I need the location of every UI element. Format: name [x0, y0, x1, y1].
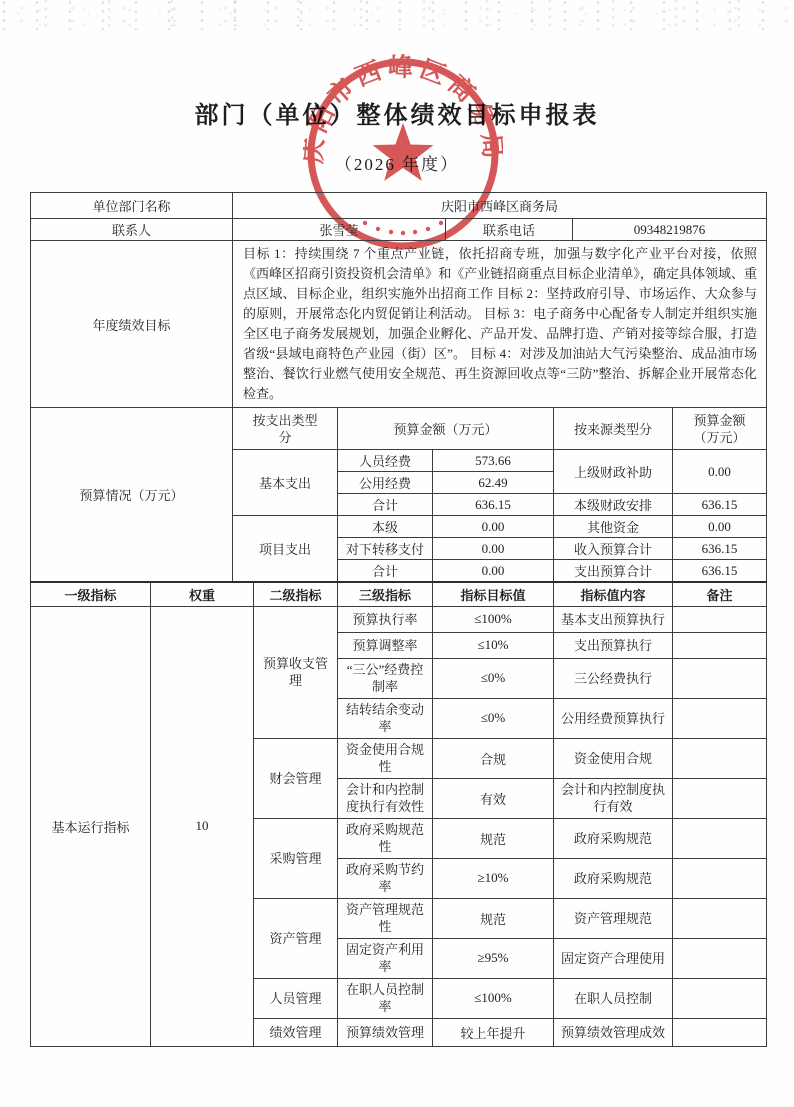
indicators-table: 一级指标 权重 二级指标 三级指标 指标目标值 指标值内容 备注 基本运行指标 … [30, 581, 767, 1047]
header-weight: 权重 [151, 582, 254, 606]
indicator-name-cell: 固定资产利用率 [338, 938, 433, 978]
expense-value: 62.49 [433, 472, 554, 494]
header-level1: 一级指标 [31, 582, 151, 606]
contact-value: 张雪莹 [233, 219, 446, 241]
basic-expense-group: 基本支出 [233, 450, 338, 516]
source-item: 上级财政补助 [554, 450, 673, 494]
indicator-name-cell: 资产管理规范性 [338, 898, 433, 938]
content-cell: 固定资产合理使用 [554, 938, 673, 978]
target-value-cell: 合规 [433, 738, 554, 778]
content-cell: 资产管理规范 [554, 898, 673, 938]
target-value-cell: ≤100% [433, 606, 554, 632]
source-item: 支出预算合计 [554, 560, 673, 582]
level2-group-cell: 人员管理 [254, 978, 338, 1018]
indicator-name-cell: 预算调整率 [338, 632, 433, 658]
source-item: 本级财政安排 [554, 494, 673, 516]
target-value-cell: ≤0% [433, 698, 554, 738]
source-value: 0.00 [673, 516, 767, 538]
indicator-name-cell: 预算执行率 [338, 606, 433, 632]
budget-amount-header: 预算金额（万元） [338, 408, 554, 450]
source-value: 636.15 [673, 560, 767, 582]
contact-label: 联系人 [31, 219, 233, 241]
content-cell: 三公经费执行 [554, 658, 673, 698]
target-value-cell: ≥95% [433, 938, 554, 978]
expense-value: 0.00 [433, 516, 554, 538]
target-value-cell: ≥10% [433, 858, 554, 898]
source-item: 收入预算合计 [554, 538, 673, 560]
source-value: 636.15 [673, 538, 767, 560]
indicator-name-cell: 在职人员控制率 [338, 978, 433, 1018]
content-cell: 基本支出预算执行 [554, 606, 673, 632]
indicator-name-cell: 结转结余变动率 [338, 698, 433, 738]
remark-cell [673, 978, 767, 1018]
header-level2: 二级指标 [254, 582, 338, 606]
content-cell: 在职人员控制 [554, 978, 673, 1018]
content-cell: 资金使用合规 [554, 738, 673, 778]
header-remark: 备注 [673, 582, 767, 606]
expense-item: 公用经费 [338, 472, 433, 494]
indicator-name-cell: 政府采购规范性 [338, 818, 433, 858]
remark-cell [673, 818, 767, 858]
content-cell: 政府采购规范 [554, 818, 673, 858]
expense-value: 0.00 [433, 538, 554, 560]
content-cell: 预算绩效管理成效 [554, 1018, 673, 1046]
expense-item: 对下转移支付 [338, 538, 433, 560]
budget-by-source-header: 按来源类型分 [554, 408, 673, 450]
content-cell: 支出预算执行 [554, 632, 673, 658]
remark-cell [673, 898, 767, 938]
source-item: 其他资金 [554, 516, 673, 538]
document-page: 部门（单位）整体绩效目标申报表 （2026 年度） 庆阳市西峰区商务局 单位部门… [0, 0, 794, 1107]
target-value-cell: 规范 [433, 898, 554, 938]
level2-group-cell: 绩效管理 [254, 1018, 338, 1046]
header-level3: 三级指标 [338, 582, 433, 606]
page-subtitle: （2026 年度） [0, 150, 794, 175]
indicator-name-cell: 资金使用合规性 [338, 738, 433, 778]
level2-group-cell: 资产管理 [254, 898, 338, 978]
expense-item: 合计 [338, 560, 433, 582]
annual-goal-label: 年度绩效目标 [31, 241, 233, 408]
remark-cell [673, 1018, 767, 1046]
budget-amount2-header: 预算金额（万元） [673, 408, 767, 450]
remark-cell [673, 858, 767, 898]
weight-cell: 10 [151, 606, 254, 1046]
content-cell: 公用经费预算执行 [554, 698, 673, 738]
expense-item: 人员经费 [338, 450, 433, 472]
phone-label: 联系电话 [446, 219, 573, 241]
dept-name-label: 单位部门名称 [31, 193, 233, 219]
project-expense-group: 项目支出 [233, 516, 338, 582]
expense-value: 573.66 [433, 450, 554, 472]
level2-group-cell: 采购管理 [254, 818, 338, 898]
budget-table: 预算情况（万元） 按支出类型分 预算金额（万元） 按来源类型分 预算金额（万元）… [30, 407, 767, 582]
page-title: 部门（单位）整体绩效目标申报表 [0, 0, 794, 130]
remark-cell [673, 738, 767, 778]
remark-cell [673, 938, 767, 978]
source-value: 0.00 [673, 450, 767, 494]
remark-cell [673, 632, 767, 658]
remark-cell [673, 698, 767, 738]
target-value-cell: 较上年提升 [433, 1018, 554, 1046]
indicator-name-cell: 预算绩效管理 [338, 1018, 433, 1046]
indicator-name-cell: 政府采购节约率 [338, 858, 433, 898]
remark-cell [673, 606, 767, 632]
header-target: 指标目标值 [433, 582, 554, 606]
expense-item: 合计 [338, 494, 433, 516]
target-value-cell: ≤100% [433, 978, 554, 1018]
expense-value: 0.00 [433, 560, 554, 582]
target-value-cell: ≤10% [433, 632, 554, 658]
annual-goal-text: 目标 1：持续围绕 7 个重点产业链，依托招商专班，加强与数字化产业平台对接，依… [233, 241, 767, 408]
target-value-cell: ≤0% [433, 658, 554, 698]
indicator-name-cell: 会计和内控制度执行有效性 [338, 778, 433, 818]
content-cell: 会计和内控制度执行有效 [554, 778, 673, 818]
source-value: 636.15 [673, 494, 767, 516]
form-sheet: 单位部门名称 庆阳市西峰区商务局 联系人 张雪莹 联系电话 0934821987… [30, 192, 766, 1047]
level2-group-cell: 预算收支管理 [254, 606, 338, 738]
budget-label: 预算情况（万元） [31, 408, 233, 582]
phone-value: 09348219876 [573, 219, 767, 241]
indicator-name-cell: “三公”经费控制率 [338, 658, 433, 698]
budget-by-expense-header: 按支出类型分 [233, 408, 338, 450]
target-value-cell: 有效 [433, 778, 554, 818]
info-table: 单位部门名称 庆阳市西峰区商务局 联系人 张雪莹 联系电话 0934821987… [30, 192, 767, 408]
expense-value: 636.15 [433, 494, 554, 516]
level1-indicator-cell: 基本运行指标 [31, 606, 151, 1046]
dept-name-value: 庆阳市西峰区商务局 [233, 193, 767, 219]
target-value-cell: 规范 [433, 818, 554, 858]
content-cell: 政府采购规范 [554, 858, 673, 898]
level2-group-cell: 财会管理 [254, 738, 338, 818]
remark-cell [673, 778, 767, 818]
expense-item: 本级 [338, 516, 433, 538]
header-content: 指标值内容 [554, 582, 673, 606]
remark-cell [673, 658, 767, 698]
